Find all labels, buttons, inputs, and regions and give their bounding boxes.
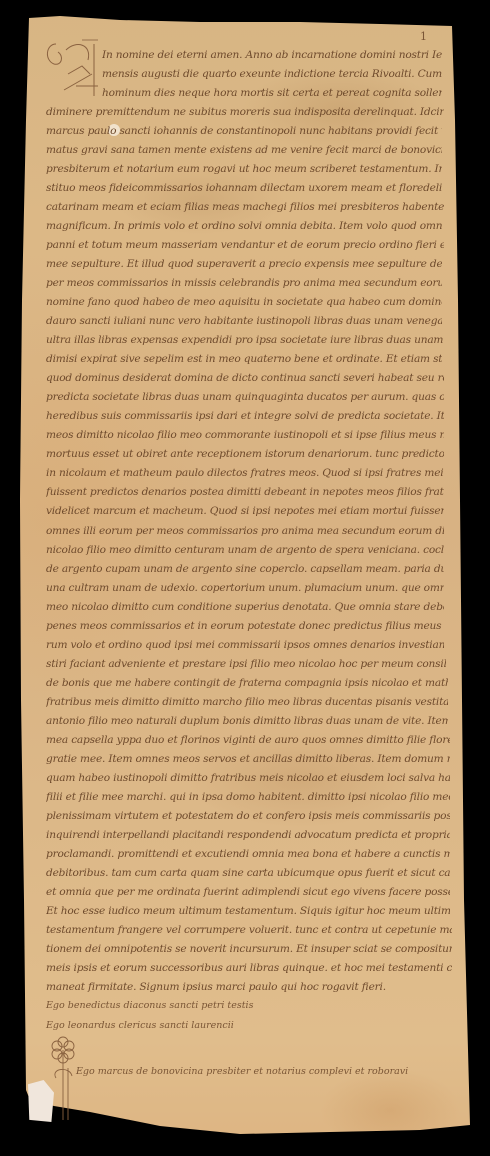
notary-signum-icon [48,1028,78,1128]
text-line: fratribus meis dimitto dimitto marcho fi… [46,695,448,709]
text-line: inquirendi interpellandi placitandi resp… [46,828,450,842]
text-line: In nomine dei eterni amen. Anno ab incar… [102,48,442,62]
text-line: in nicolaum et matheum paulo dilectos fr… [46,466,444,480]
text-line: meis ipsis et eorum successoribus auri l… [46,961,452,975]
text-line: diminere premittendum ne subitus moreris… [46,105,444,119]
text-line: et omnia que per me ordinata fuerint adi… [46,885,450,899]
text-line: catarinam meam et eciam filias meas mach… [46,200,444,214]
text-line: quod dominus desiderat domina de dicto c… [46,371,444,385]
text-line: stiri faciant adveniente et prestare ips… [46,657,446,671]
text-line: testamentum frangere vel corrumpere volu… [46,923,452,937]
text-line: nicolao filio meo dimitto centuram unam … [46,543,444,557]
text-line: meo nicolao dimitto cum conditione super… [46,600,444,614]
witness-subscription: Ego benedictus diaconus sancti petri tes… [46,1000,253,1011]
text-line: matus gravi sana tamen mente existens ad… [46,143,442,157]
text-line: videlicet marcum et macheum. Quod si ips… [46,504,444,518]
text-line: de bonis que me habere contingit de frat… [46,676,448,690]
text-line: hominum dies neque hora mortis sit certa… [102,86,442,100]
text-line: plenissimam virtutem et potestatem do et… [46,809,450,823]
text-line: marcus paulo sancti iohannis de constant… [46,124,442,138]
folio-number: 1 [420,30,427,43]
text-line: penes meos commissarios et in eorum pote… [46,619,444,633]
text-line: ultra illas libras expensas expendidi pr… [46,333,444,347]
text-line: rum volo et ordino quod ipsi mei commiss… [46,638,444,652]
text-line: una cultram unam de udexio. copertorium … [46,581,444,595]
text-line: proclamandi. promittendi et excutiendi o… [46,847,450,861]
text-line: dimisi expirat sive sepelim est in meo q… [46,352,442,366]
text-line: tionem dei omnipotentis se noverit incur… [46,942,452,956]
text-line: stituo meos fideicommissarios iohannam d… [46,181,442,195]
text-line: omnes illi eorum per meos commissarios p… [46,524,444,538]
text-line: Et hoc esse iudico meum ultimum testamen… [46,904,450,918]
text-line: gratie mee. Item omnes meos servos et an… [46,752,450,766]
manuscript-document: 1 In nomine dei eterni amen. Anno ab inc… [0,0,490,1156]
text-line: mortuus esset ut obiret ante receptionem… [46,447,444,461]
text-line: de argento cupam unam de argento sine co… [46,562,444,576]
text-line: meos dimitto nicolao filio meo commorant… [46,428,444,442]
text-line: per meos commissarios in missis celebran… [46,276,442,290]
text-line: panni et totum meum masseriam vendantur … [46,238,444,252]
text-line: mensis augusti die quarto exeunte indict… [102,67,442,81]
text-line: predicta societate libras duas unam quin… [46,390,444,404]
text-line: quam habeo iustinopoli dimitto fratribus… [46,771,450,785]
text-line: magnificum. In primis volo et ordino sol… [46,219,442,233]
text-line: debitoribus. tam cum carta quam sine car… [46,866,450,880]
text-line: antonio filio meo naturali duplum bonis … [46,714,448,728]
text-line: dauro sancti iuliani nunc vero habitante… [46,314,442,328]
text-line: nomine fano quod habeo de meo aquisitu i… [46,295,442,309]
text-line: fuissent predictos denarios postea dimit… [46,485,444,499]
decorated-initial-icon [40,30,100,96]
text-line: filii et filie mee marchi. qui in ipsa d… [46,790,450,804]
text-line: presbiterum et notarium eum rogavi ut ho… [46,162,442,176]
text-line: heredibus suis commissariis ipsi dari et… [46,409,444,423]
text-line: maneat firmitate. Signum ipsius marci pa… [46,980,406,994]
notary-completion-line: Ego marcus de bonovicina presbiter et no… [76,1066,408,1077]
text-line: mee sepulture. Et illud quod superaverit… [46,257,442,271]
text-line: mea capsella yppa duo et florinos vigint… [46,733,450,747]
